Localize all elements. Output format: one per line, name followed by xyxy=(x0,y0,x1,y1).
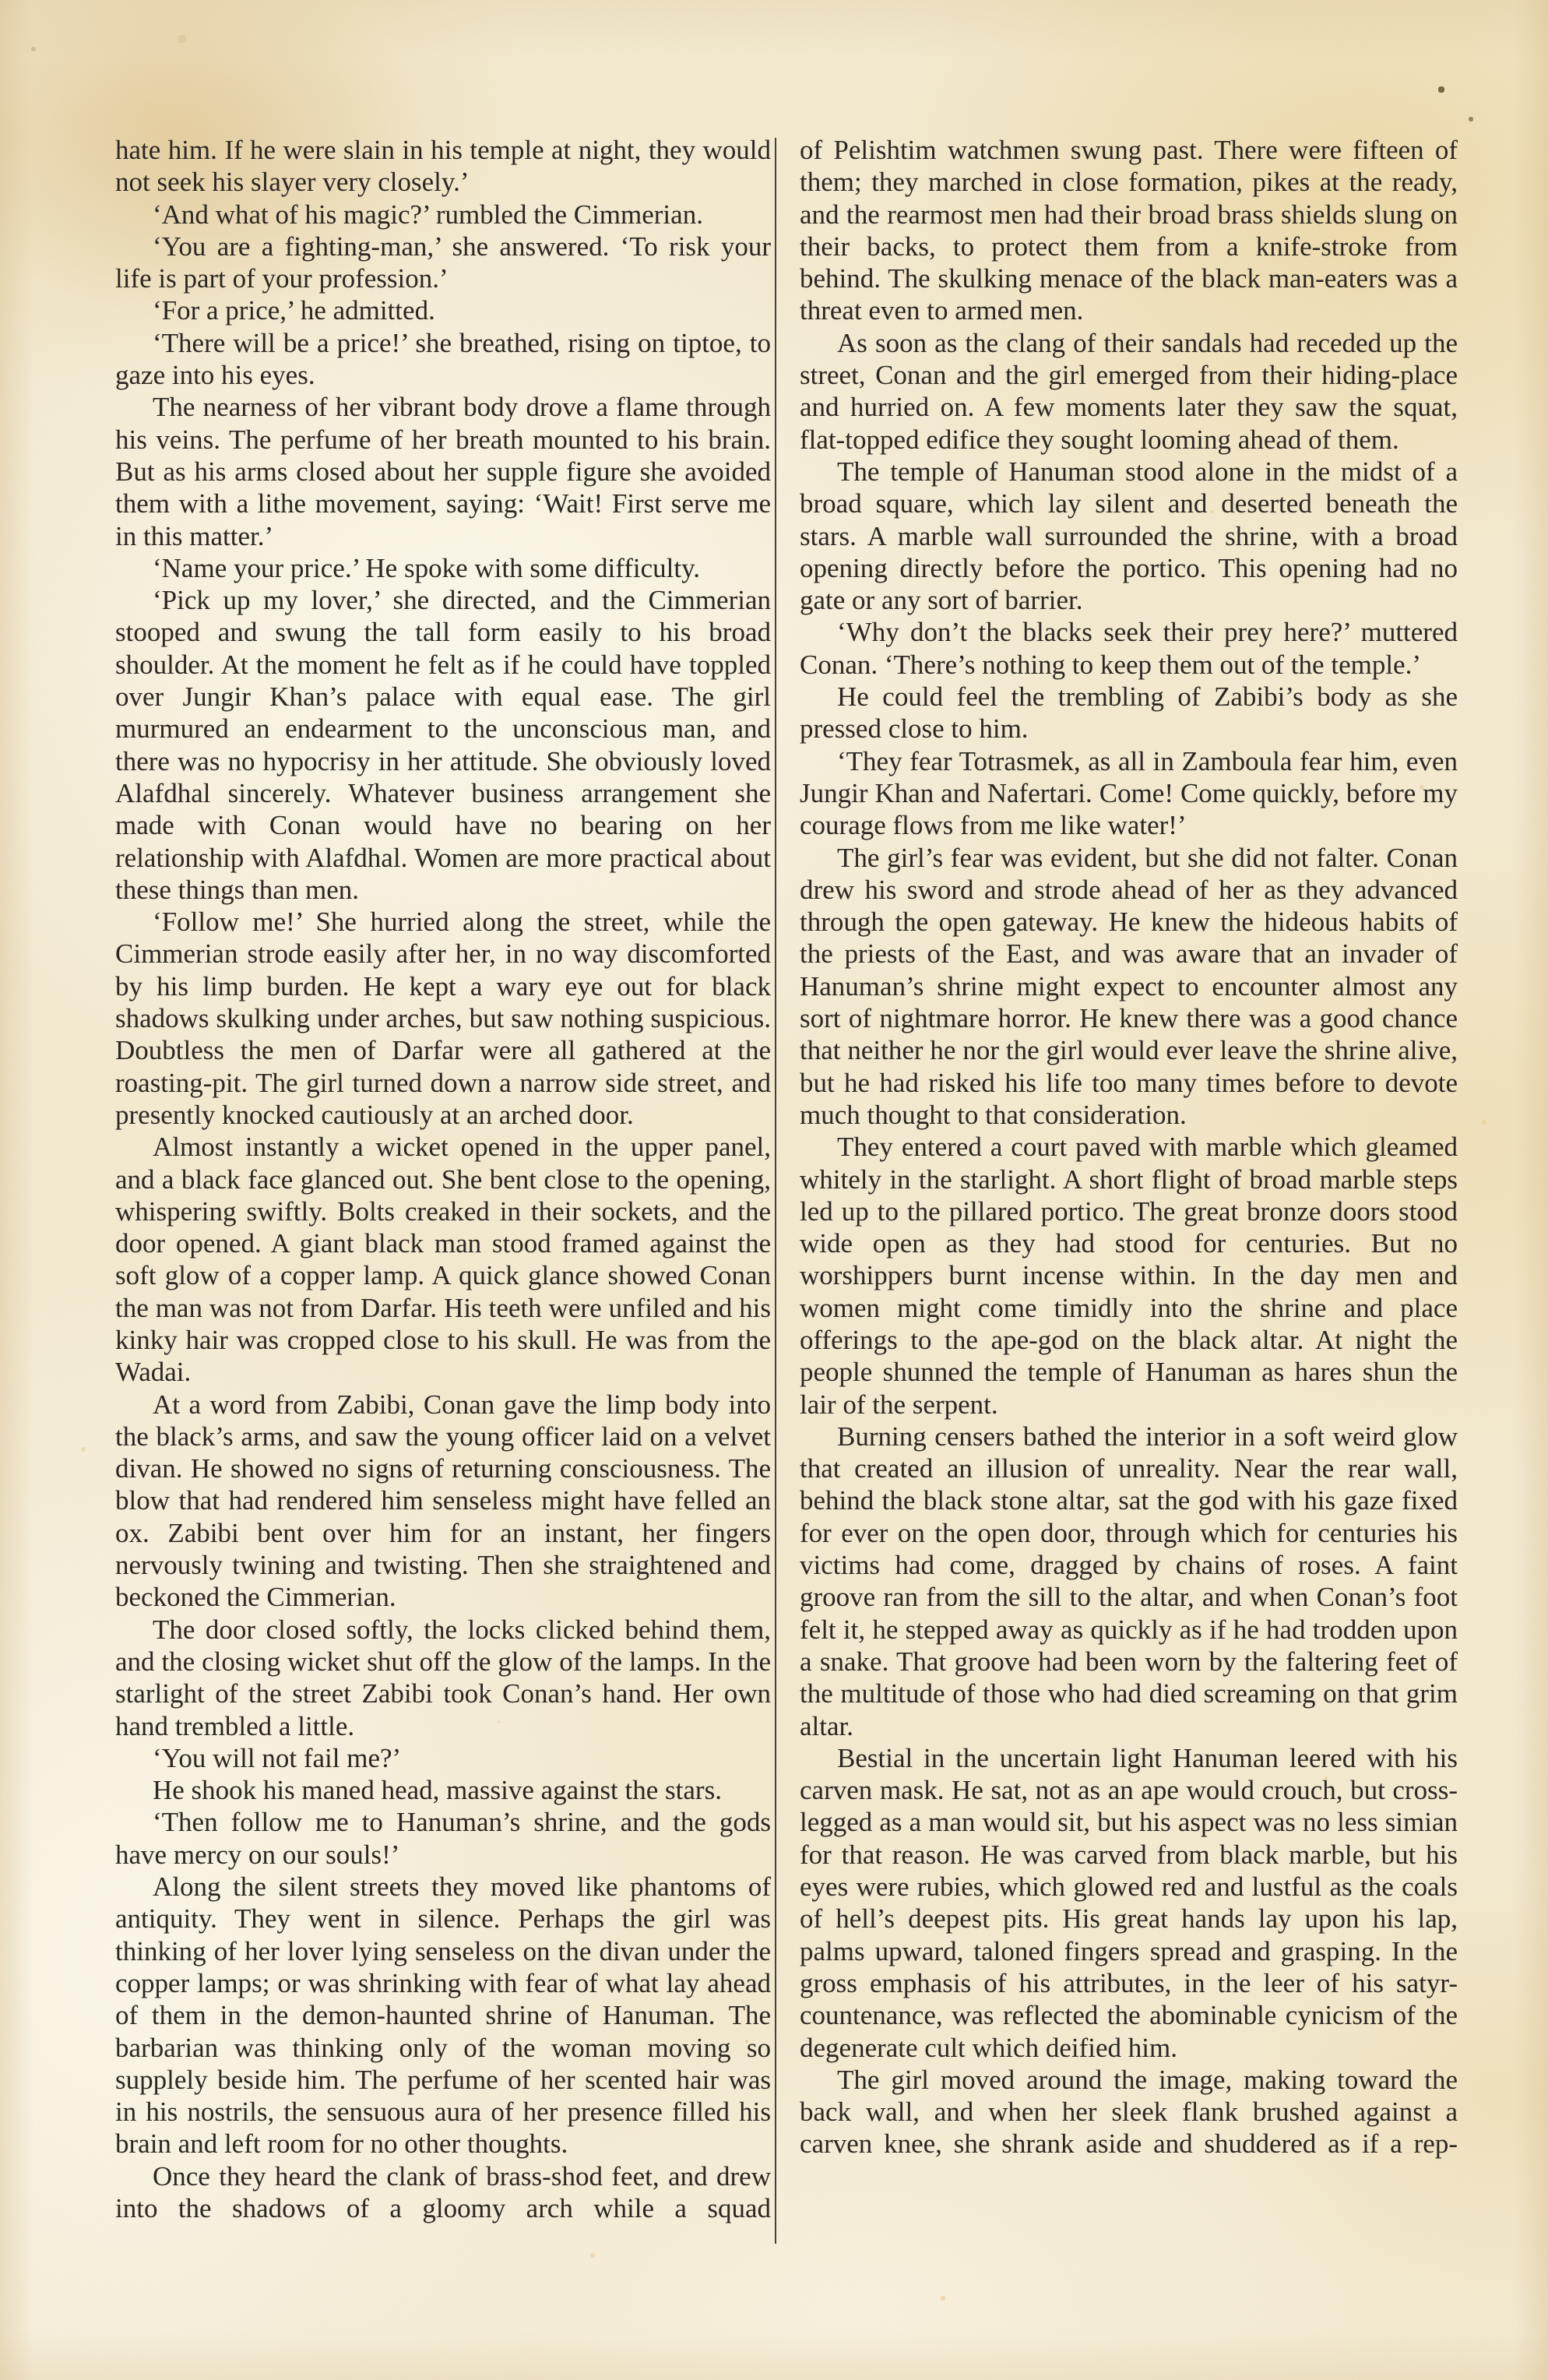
paragraph: ‘Why don’t the blacks seek their prey he… xyxy=(800,616,1458,681)
paragraph: Along the silent streets they moved like… xyxy=(115,1871,771,2160)
paragraph: The girl’s fear was evident, but she did… xyxy=(800,842,1458,1132)
paragraph: ‘Then follow me to Hanuman’s shrine, and… xyxy=(115,1806,771,1871)
paragraph: They entered a court paved with marble w… xyxy=(800,1131,1458,1421)
paragraph: Almost instantly a wicket opened in the … xyxy=(115,1131,771,1388)
paragraph: The girl moved around the image, making … xyxy=(800,2064,1458,2160)
page-text-area: hate him. If he were slain in his temple… xyxy=(115,134,1458,2246)
paragraph: ‘For a price,’ he admitted. xyxy=(115,294,771,326)
foxing-speckles xyxy=(0,0,2,2)
paragraph: ‘Follow me!’ She hurried along the stree… xyxy=(115,906,771,1131)
paragraph: The temple of Hanuman stood alone in the… xyxy=(800,456,1458,616)
text-column-left: hate him. If he were slain in his temple… xyxy=(115,134,771,2246)
paragraph: The nearness of her vibrant body drove a… xyxy=(115,391,771,551)
paragraph: As soon as the clang of their sandals ha… xyxy=(800,327,1458,456)
paragraph: ‘There will be a price!’ she breathed, r… xyxy=(115,327,771,392)
paragraph: hate him. If he were slain in his temple… xyxy=(115,134,771,199)
paragraph: ‘And what of his magic?’ rumbled the Cim… xyxy=(115,199,771,231)
paragraph: Once they heard the clank of brass-shod … xyxy=(115,2160,771,2225)
paragraph: He could feel the trembling of Zabibi’s … xyxy=(800,681,1458,745)
text-column-right: of Pelishtim watchmen swung past. There … xyxy=(800,134,1458,2246)
paragraph: ‘Name your price.’ He spoke with some di… xyxy=(115,552,771,584)
paragraph: Bestial in the uncertain light Hanuman l… xyxy=(800,1742,1458,2064)
paragraph: He shook his maned head, massive against… xyxy=(115,1774,771,1806)
column-divider-rule xyxy=(775,138,776,2244)
paragraph: Burning censers bathed the interior in a… xyxy=(800,1421,1458,1742)
paragraph: ‘Pick up my lover,’ she directed, and th… xyxy=(115,584,771,906)
paragraph: ‘You will not fail me?’ xyxy=(115,1742,771,1774)
paragraph: ‘They fear Totrasmek, as all in Zamboula… xyxy=(800,745,1458,842)
paragraph: At a word from Zabibi, Conan gave the li… xyxy=(115,1389,771,1614)
paragraph: ‘You are a fighting-man,’ she answered. … xyxy=(115,231,771,295)
paragraph: of Pelishtim watchmen swung past. There … xyxy=(800,134,1458,327)
book-page: { "colors": { "paper": "#f4ebd2", "ink":… xyxy=(0,0,1548,2380)
paragraph: The door closed softly, the locks clicke… xyxy=(115,1614,771,1742)
